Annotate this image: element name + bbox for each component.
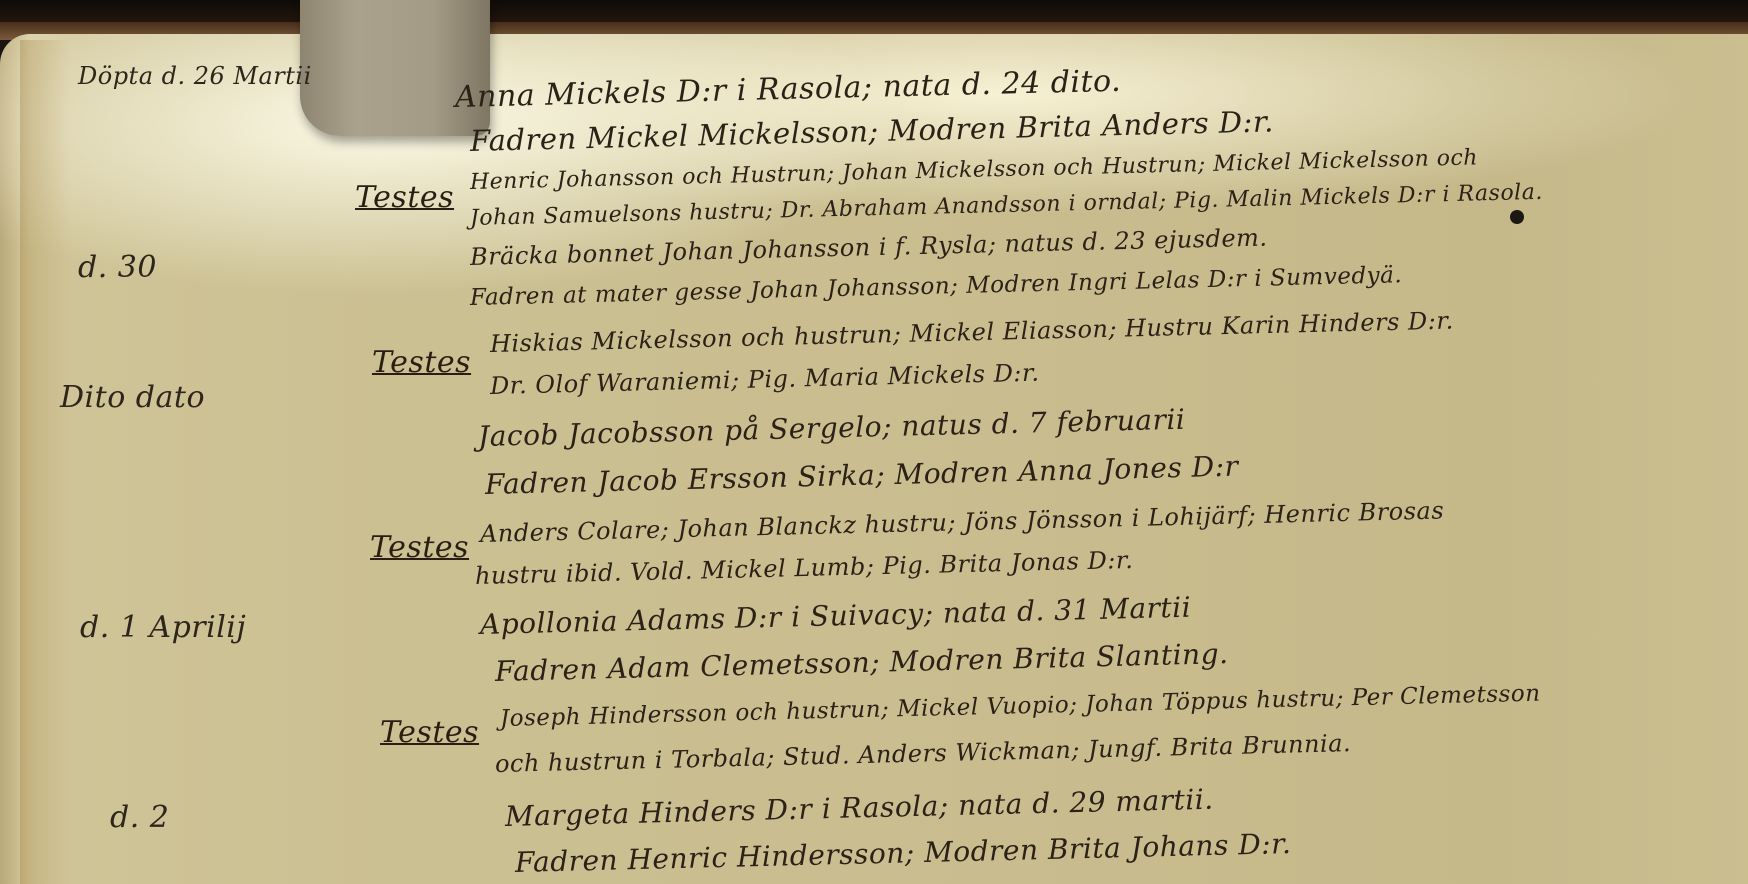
margin-date: d. 2 [110, 800, 169, 835]
page-fold-shadow [20, 40, 70, 884]
testes-label: Testes [355, 180, 454, 215]
margin-date: d. 1 Aprilij [80, 610, 246, 645]
testes-label: Testes [380, 715, 479, 750]
testes-label: Testes [372, 345, 471, 380]
bookmark-ribbon [300, 0, 490, 136]
testes-label: Testes [370, 530, 469, 565]
ink-blot [1510, 210, 1524, 224]
margin-date: Dito dato [60, 380, 205, 415]
margin-date: d. 30 [78, 250, 157, 285]
margin-date-heading: Döpta d. 26 Martii [78, 62, 312, 90]
